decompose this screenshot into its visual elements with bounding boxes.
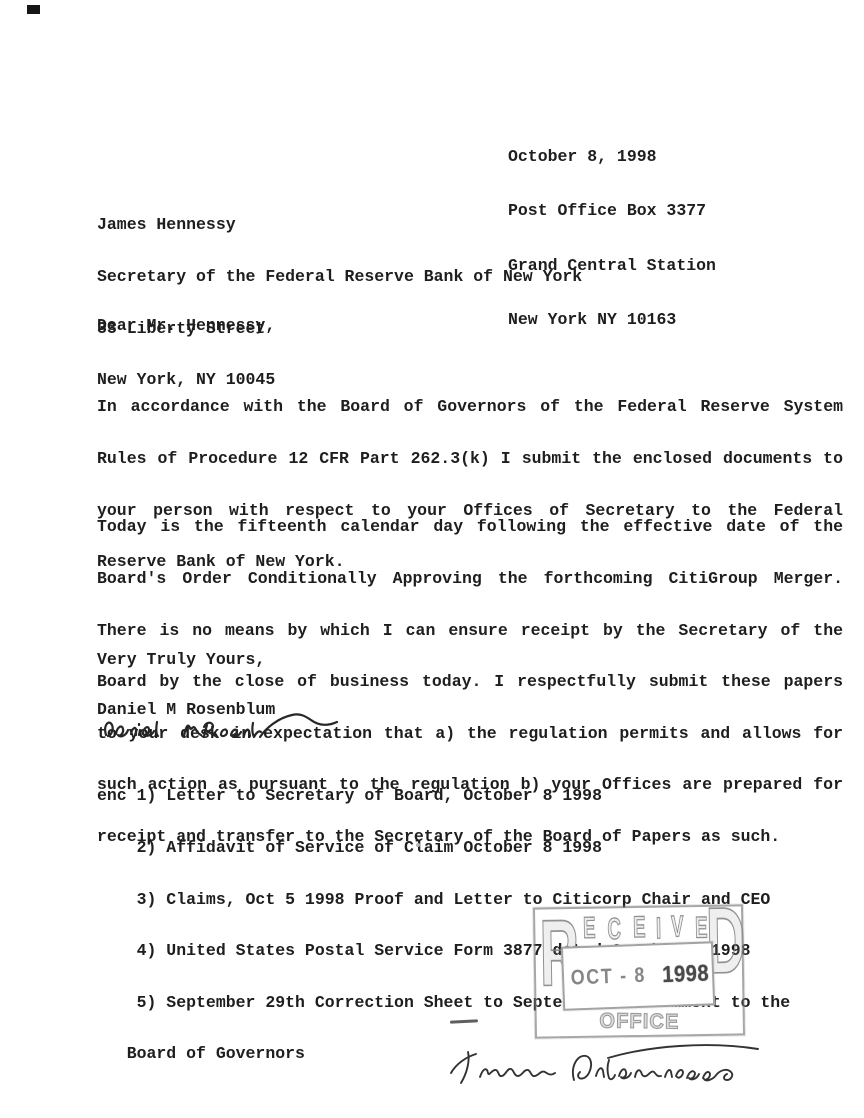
closing-line: Very Truly Yours, bbox=[97, 651, 265, 668]
scan-artifact-mark bbox=[27, 5, 40, 14]
body-line: Board's Order Conditionally Approving th… bbox=[97, 570, 843, 587]
enclosure-line: enc 1) Letter to Secretary of Board, Oct… bbox=[97, 787, 790, 804]
received-stamp: R E C E I V E D OCT - 8 1998 SECRETARY'S… bbox=[533, 904, 745, 1038]
salutation: Dear Mr. Hennessy, bbox=[97, 317, 275, 334]
body-line: There is no means by which I can ensure … bbox=[97, 622, 843, 639]
recipient-title: Secretary of the Federal Reserve Bank of… bbox=[97, 268, 582, 285]
body-line: In accordance with the Board of Governor… bbox=[97, 398, 843, 415]
body-line: Rules of Procedure 12 CFR Part 262.3(k) … bbox=[97, 450, 843, 467]
stamp-date-box: OCT - 8 1998 bbox=[561, 941, 715, 1011]
date-line: October 8, 1998 bbox=[508, 148, 716, 166]
ink-dot-mark bbox=[416, 843, 420, 847]
body-line: Board by the close of business today. I … bbox=[97, 673, 843, 690]
body-line: Today is the fifteenth calendar day foll… bbox=[97, 518, 843, 535]
stamp-year: 1998 bbox=[662, 965, 709, 984]
stamp-word-received: E C E I V E bbox=[579, 913, 711, 943]
stamp-date: OCT - 8 bbox=[570, 967, 646, 987]
recipient-name: James Hennessy bbox=[97, 216, 582, 233]
receiver-handwritten-signature bbox=[446, 1036, 771, 1094]
letter-page: October 8, 1998 Post Office Box 3377 Gra… bbox=[0, 0, 864, 1118]
enclosure-line: 2) Affidavit of Service of Claim October… bbox=[97, 839, 790, 856]
sender-handwritten-signature bbox=[100, 710, 340, 746]
